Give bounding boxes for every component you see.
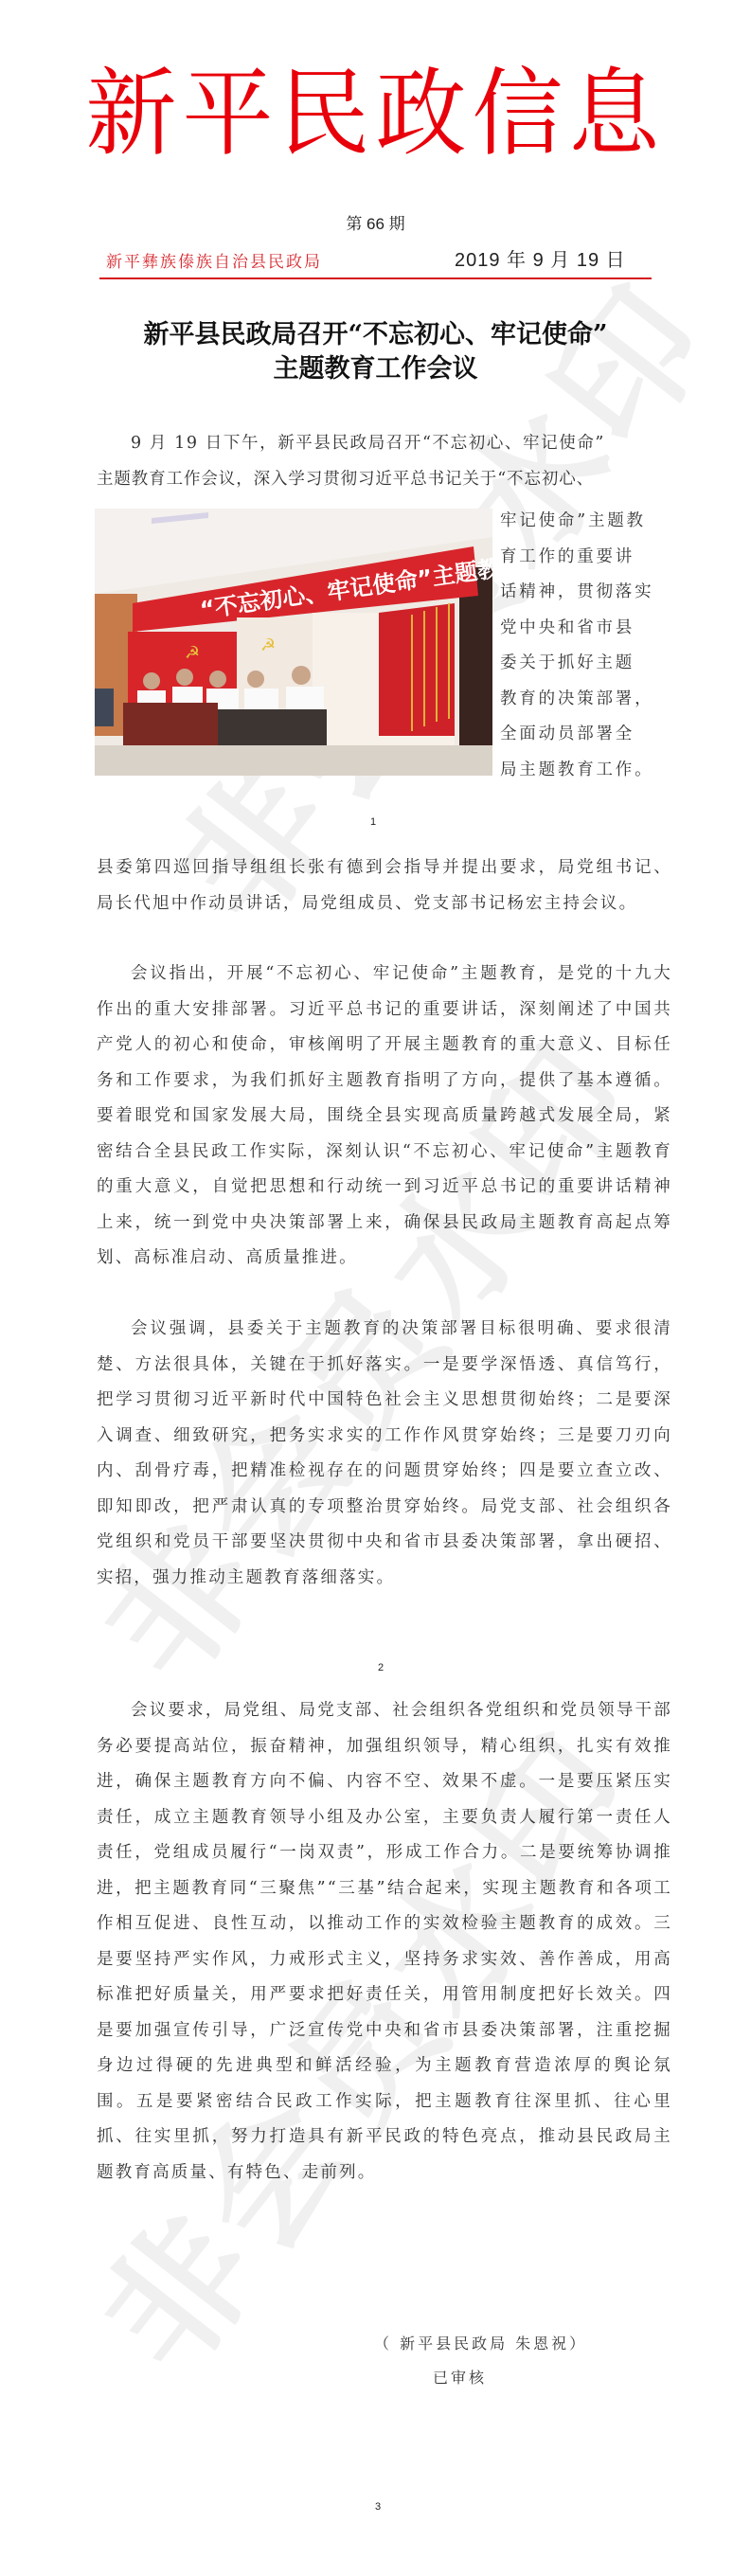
photo-side-text: 牢记使命”主题教 育工作的重要讲 话精神，贯彻落实 党中央和省市县 委关于抓好主… <box>500 504 680 788</box>
intro-line-1: 9 月 19 日下午，新平县民政局召开“不忘初心、牢记使命” <box>131 426 672 462</box>
article-title-line2: 主题教育工作会议 <box>85 352 666 386</box>
svg-text:☭: ☭ <box>185 643 200 663</box>
svg-text:☭: ☭ <box>260 635 276 655</box>
publish-date: 2019 年 9 月 19 日 <box>455 244 626 272</box>
article-byline: （ 新平县民政局 朱恩祝） <box>374 2332 587 2353</box>
page-number: 2 <box>378 1662 384 1673</box>
paragraph-meeting-required: 会议要求，局党组、局党支部、社会组织各党组织和党员领导干部务必要提高站位，振奋精… <box>97 1693 672 2191</box>
paragraph-meeting-emphasized: 会议强调，县委关于主题教育的决策部署目标很明确、要求很清楚、方法很具体，关键在于… <box>97 1312 672 1596</box>
publisher-name: 新平彝族傣族自治县民政局 <box>106 248 322 272</box>
header-divider <box>99 277 652 279</box>
article-title: 新平县民政局召开“不忘初心、牢记使命” 主题教育工作会议 <box>85 318 666 386</box>
masthead-title: 新平民政信息 <box>0 54 751 173</box>
paragraph-meeting-pointed: 会议指出，开展“不忘初心、牢记使命”主题教育，是党的十九大作出的重大安排部署。习… <box>97 957 672 1277</box>
side-line: 育工作的重要讲 <box>500 540 680 576</box>
side-line: 党中央和省市县 <box>500 611 680 647</box>
intro-line-2: 主题教育工作会议，深入学习贯彻习近平总书记关于“不忘初心、 <box>97 462 672 498</box>
side-line: 牢记使命”主题教 <box>500 504 680 540</box>
side-line: 教育的决策部署， <box>500 682 680 718</box>
review-status: 已审核 <box>433 2366 487 2388</box>
page-number: 3 <box>375 2501 381 2513</box>
page-number: 1 <box>370 816 376 828</box>
meeting-photo: “不忘初心、牢记使命”主题教育工作会议 ☭ ☭ <box>95 509 492 776</box>
side-line: 委关于抓好主题 <box>500 646 680 682</box>
paragraph-guidance: 县委第四巡回指导组组长张有德到会指导并提出要求，局党组书记、局长代旭中作动员讲话… <box>97 850 672 921</box>
side-line: 话精神，贯彻落实 <box>500 575 680 611</box>
issue-number: 第 66 期 <box>0 210 751 234</box>
article-title-line1: 新平县民政局召开“不忘初心、牢记使命” <box>85 318 666 352</box>
side-line: 局主题教育工作。 <box>500 753 680 789</box>
side-line: 全面动员部署全 <box>500 717 680 753</box>
